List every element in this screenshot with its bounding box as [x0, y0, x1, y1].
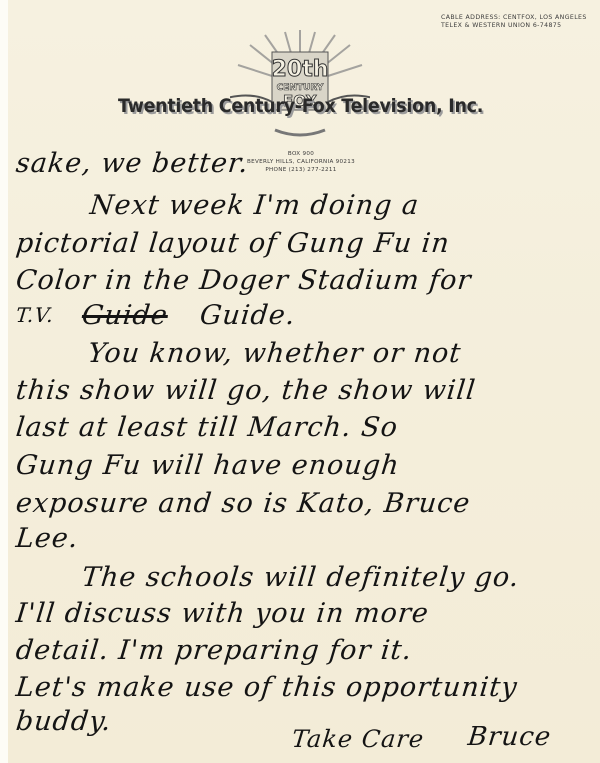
letter-line: T.V. [15, 303, 56, 327]
letter-line: this show will go, the show will [14, 375, 477, 406]
cable-address-line: Cable Address: Centfox, Los Angeles [441, 14, 587, 22]
company-name: Twentieth Century-Fox Television, Inc. [118, 95, 458, 117]
phone-line: Phone (213) 277-2211 [236, 166, 366, 174]
telex-line: Telex & Western Union 6-74875 [441, 22, 587, 30]
letter-line: pictorial layout of Gung Fu in [14, 228, 451, 259]
letter-line: last at least till March. So [14, 412, 399, 443]
signature: Bruce [466, 722, 552, 752]
letter-line: detail. I'm preparing for it. [14, 635, 413, 666]
letter-line: The schools will definitely go. [80, 562, 521, 593]
box-number: Box 900 [236, 150, 366, 158]
letter-line: Color in the Doger Stadium for [14, 265, 473, 296]
letter-line: exposure and so is Kato, Bruce [14, 488, 472, 519]
struck-word: Guide [80, 300, 169, 331]
letter-line: sake, we better. [14, 148, 250, 179]
letter-line: Let's make use of this opportunity [14, 672, 519, 703]
letter-line: I'll discuss with you in more [14, 598, 430, 629]
letter-line: Guide. [198, 300, 297, 331]
city-line: Beverly Hills, California 90213 [236, 158, 366, 166]
closing: Take Care [291, 725, 426, 753]
letter-line: buddy. [14, 706, 113, 737]
letter-line: You know, whether or not [86, 338, 462, 369]
letter-line: Lee. [14, 523, 80, 554]
cable-address: Cable Address: Centfox, Los Angeles Tele… [441, 14, 587, 30]
company-address: Box 900 Beverly Hills, California 90213 … [236, 150, 366, 174]
scan-edge [0, 0, 8, 763]
letter-line: Gung Fu will have enough [14, 450, 401, 481]
svg-text:20th: 20th [272, 57, 329, 82]
fox-logo-icon: 20th CENTURY FOX [230, 30, 370, 140]
letter-line: Next week I'm doing a [88, 190, 420, 221]
